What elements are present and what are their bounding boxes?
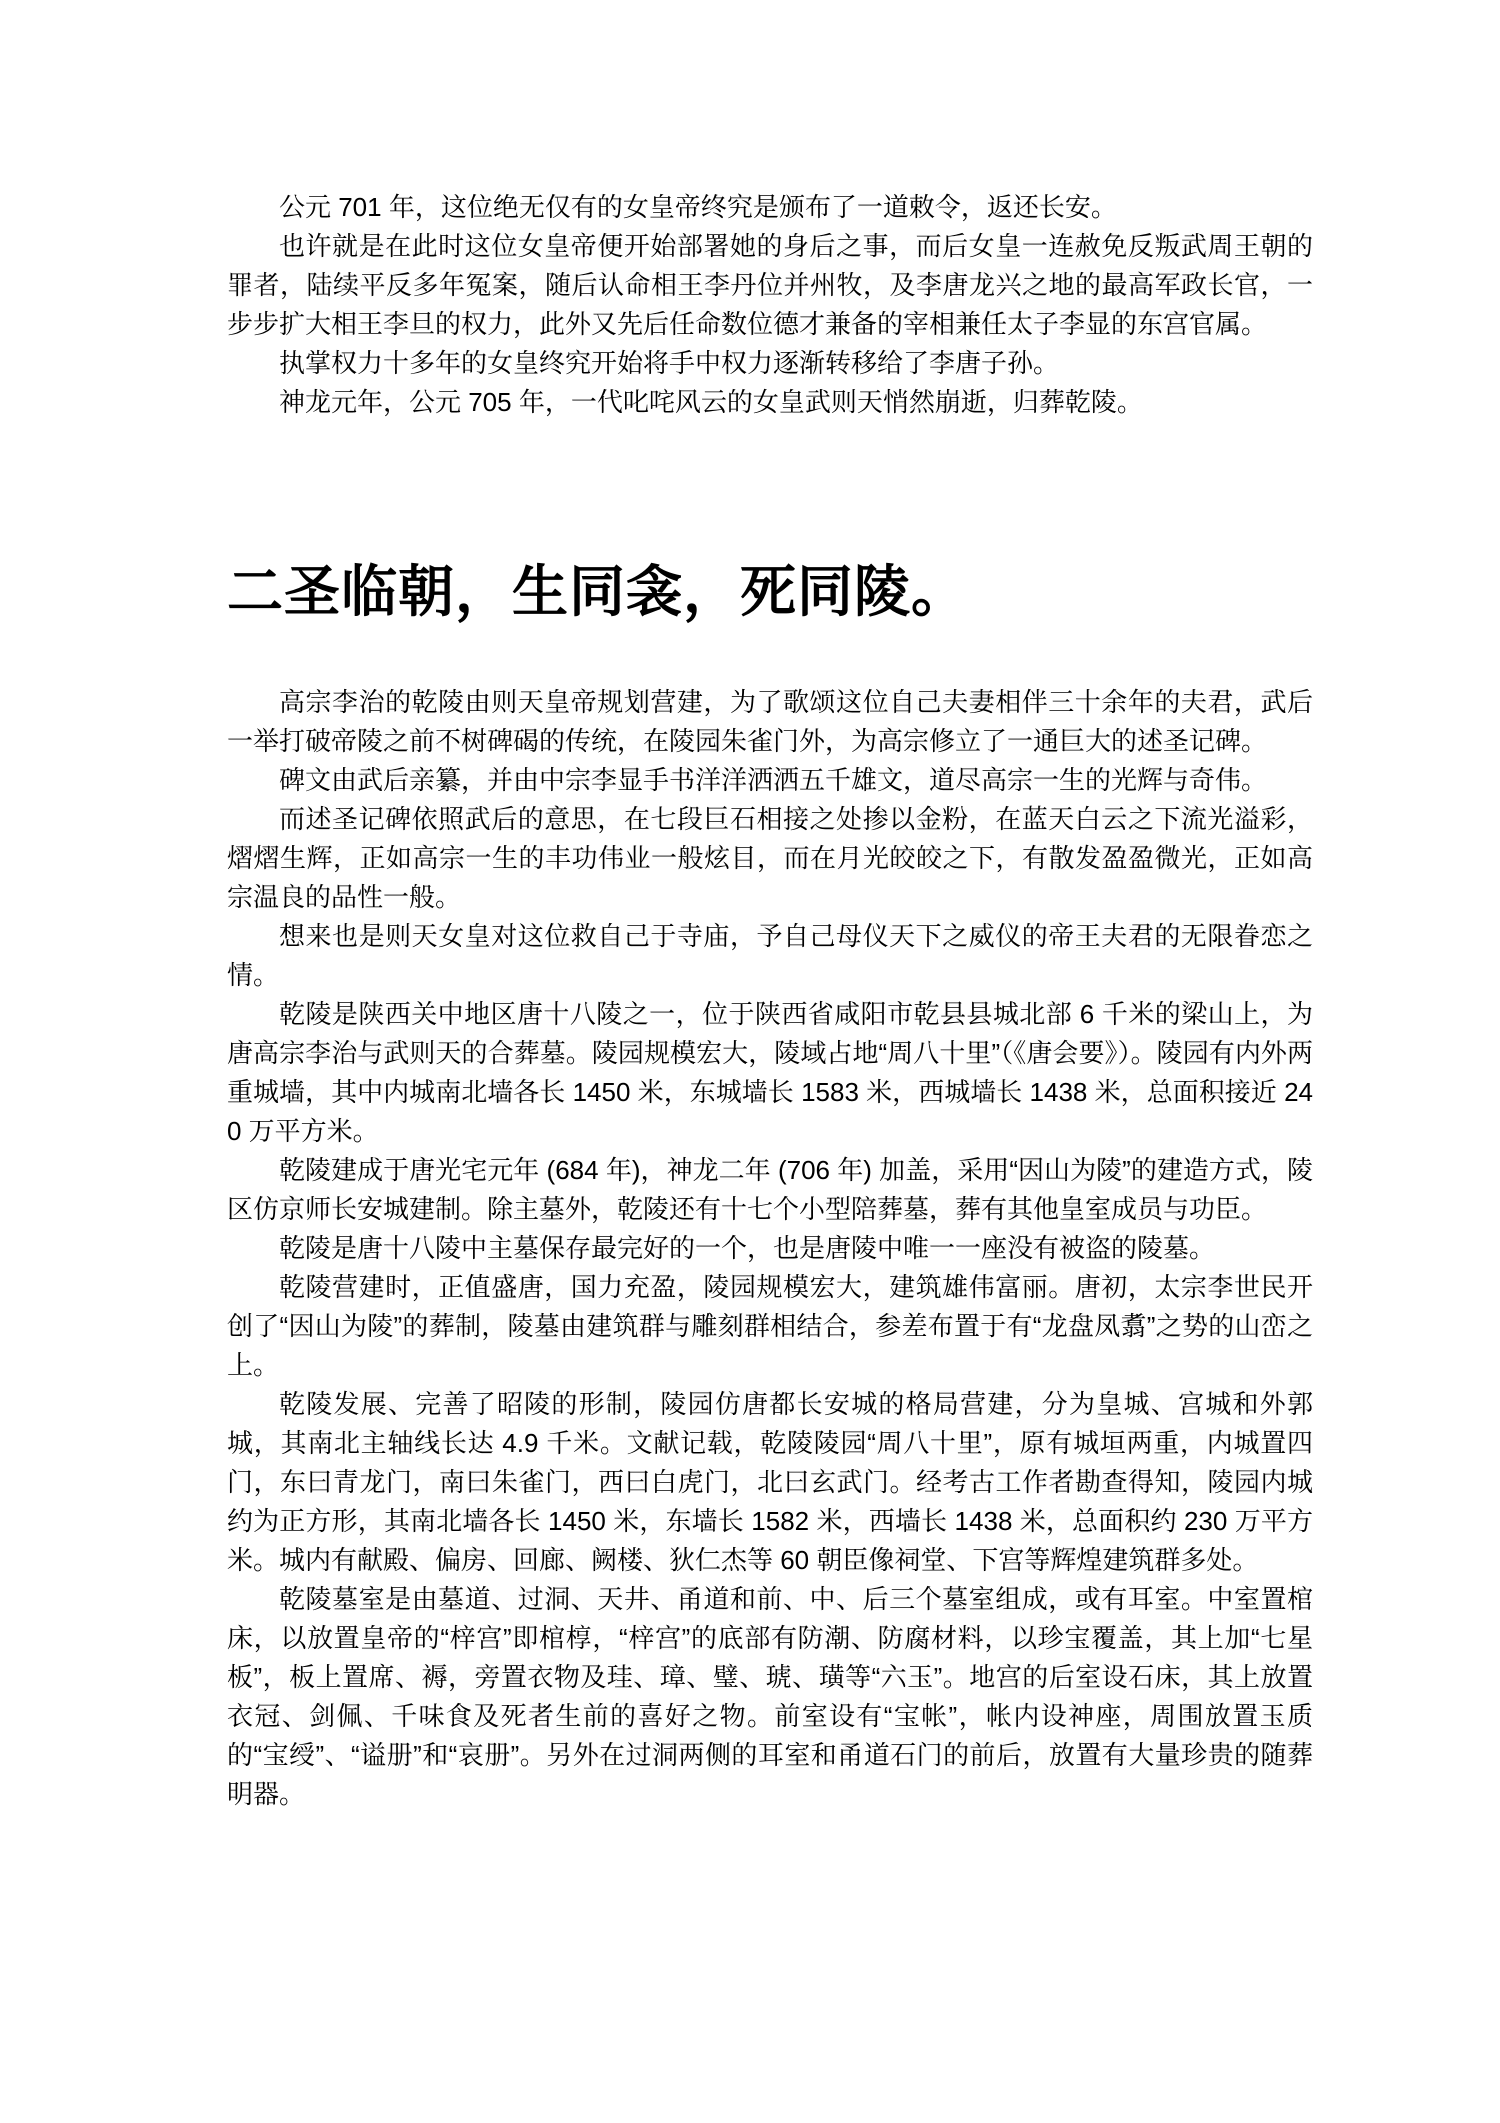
intro-paragraph: 神龙元年，公元 705 年，一代叱咤风云的女皇武则天悄然崩逝，归葬乾陵。: [227, 383, 1313, 422]
body-paragraph: 高宗李治的乾陵由则天皇帝规划营建，为了歌颂这位自己夫妻相伴三十余年的夫君，武后一…: [227, 683, 1313, 761]
intro-paragraph: 也许就是在此时这位女皇帝便开始部署她的身后之事，而后女皇一连赦免反叛武周王朝的罪…: [227, 227, 1313, 344]
body-paragraph: 乾陵是陕西关中地区唐十八陵之一，位于陕西省咸阳市乾县县城北部 6 千米的梁山上，…: [227, 995, 1313, 1151]
body-paragraph: 乾陵发展、完善了昭陵的形制，陵园仿唐都长安城的格局营建，分为皇城、宫城和外郭城，…: [227, 1385, 1313, 1580]
document-page: 公元 701 年，这位绝无仅有的女皇帝终究是颁布了一道敕令，返还长安。 也许就是…: [0, 0, 1500, 2123]
body-paragraph: 而述圣记碑依照武后的意思，在七段巨石相接之处掺以金粉，在蓝天白云之下流光溢彩，熠…: [227, 800, 1313, 917]
intro-paragraph: 执掌权力十多年的女皇终究开始将手中权力逐渐转移给了李唐子孙。: [227, 344, 1313, 383]
document-content: 公元 701 年，这位绝无仅有的女皇帝终究是颁布了一道敕令，返还长安。 也许就是…: [227, 0, 1313, 1814]
intro-paragraph: 公元 701 年，这位绝无仅有的女皇帝终究是颁布了一道敕令，返还长安。: [227, 188, 1313, 227]
body-paragraph: 乾陵营建时，正值盛唐，国力充盈，陵园规模宏大，建筑雄伟富丽。唐初，太宗李世民开创…: [227, 1268, 1313, 1385]
body-paragraph: 乾陵墓室是由墓道、过洞、天井、甬道和前、中、后三个墓室组成，或有耳室。中室置棺床…: [227, 1580, 1313, 1814]
body-paragraph: 乾陵是唐十八陵中主墓保存最完好的一个，也是唐陵中唯一一座没有被盗的陵墓。: [227, 1229, 1313, 1268]
body-paragraph: 碑文由武后亲纂，并由中宗李显手书洋洋洒洒五千雄文，道尽高宗一生的光辉与奇伟。: [227, 761, 1313, 800]
body-paragraph: 想来也是则天女皇对这位救自己于寺庙，予自己母仪天下之威仪的帝王夫君的无限眷恋之情…: [227, 917, 1313, 995]
body-paragraph: 乾陵建成于唐光宅元年 (684 年)，神龙二年 (706 年) 加盖，采用“因山…: [227, 1151, 1313, 1229]
section-heading: 二圣临朝，生同衾，死同陵。: [227, 558, 1313, 625]
